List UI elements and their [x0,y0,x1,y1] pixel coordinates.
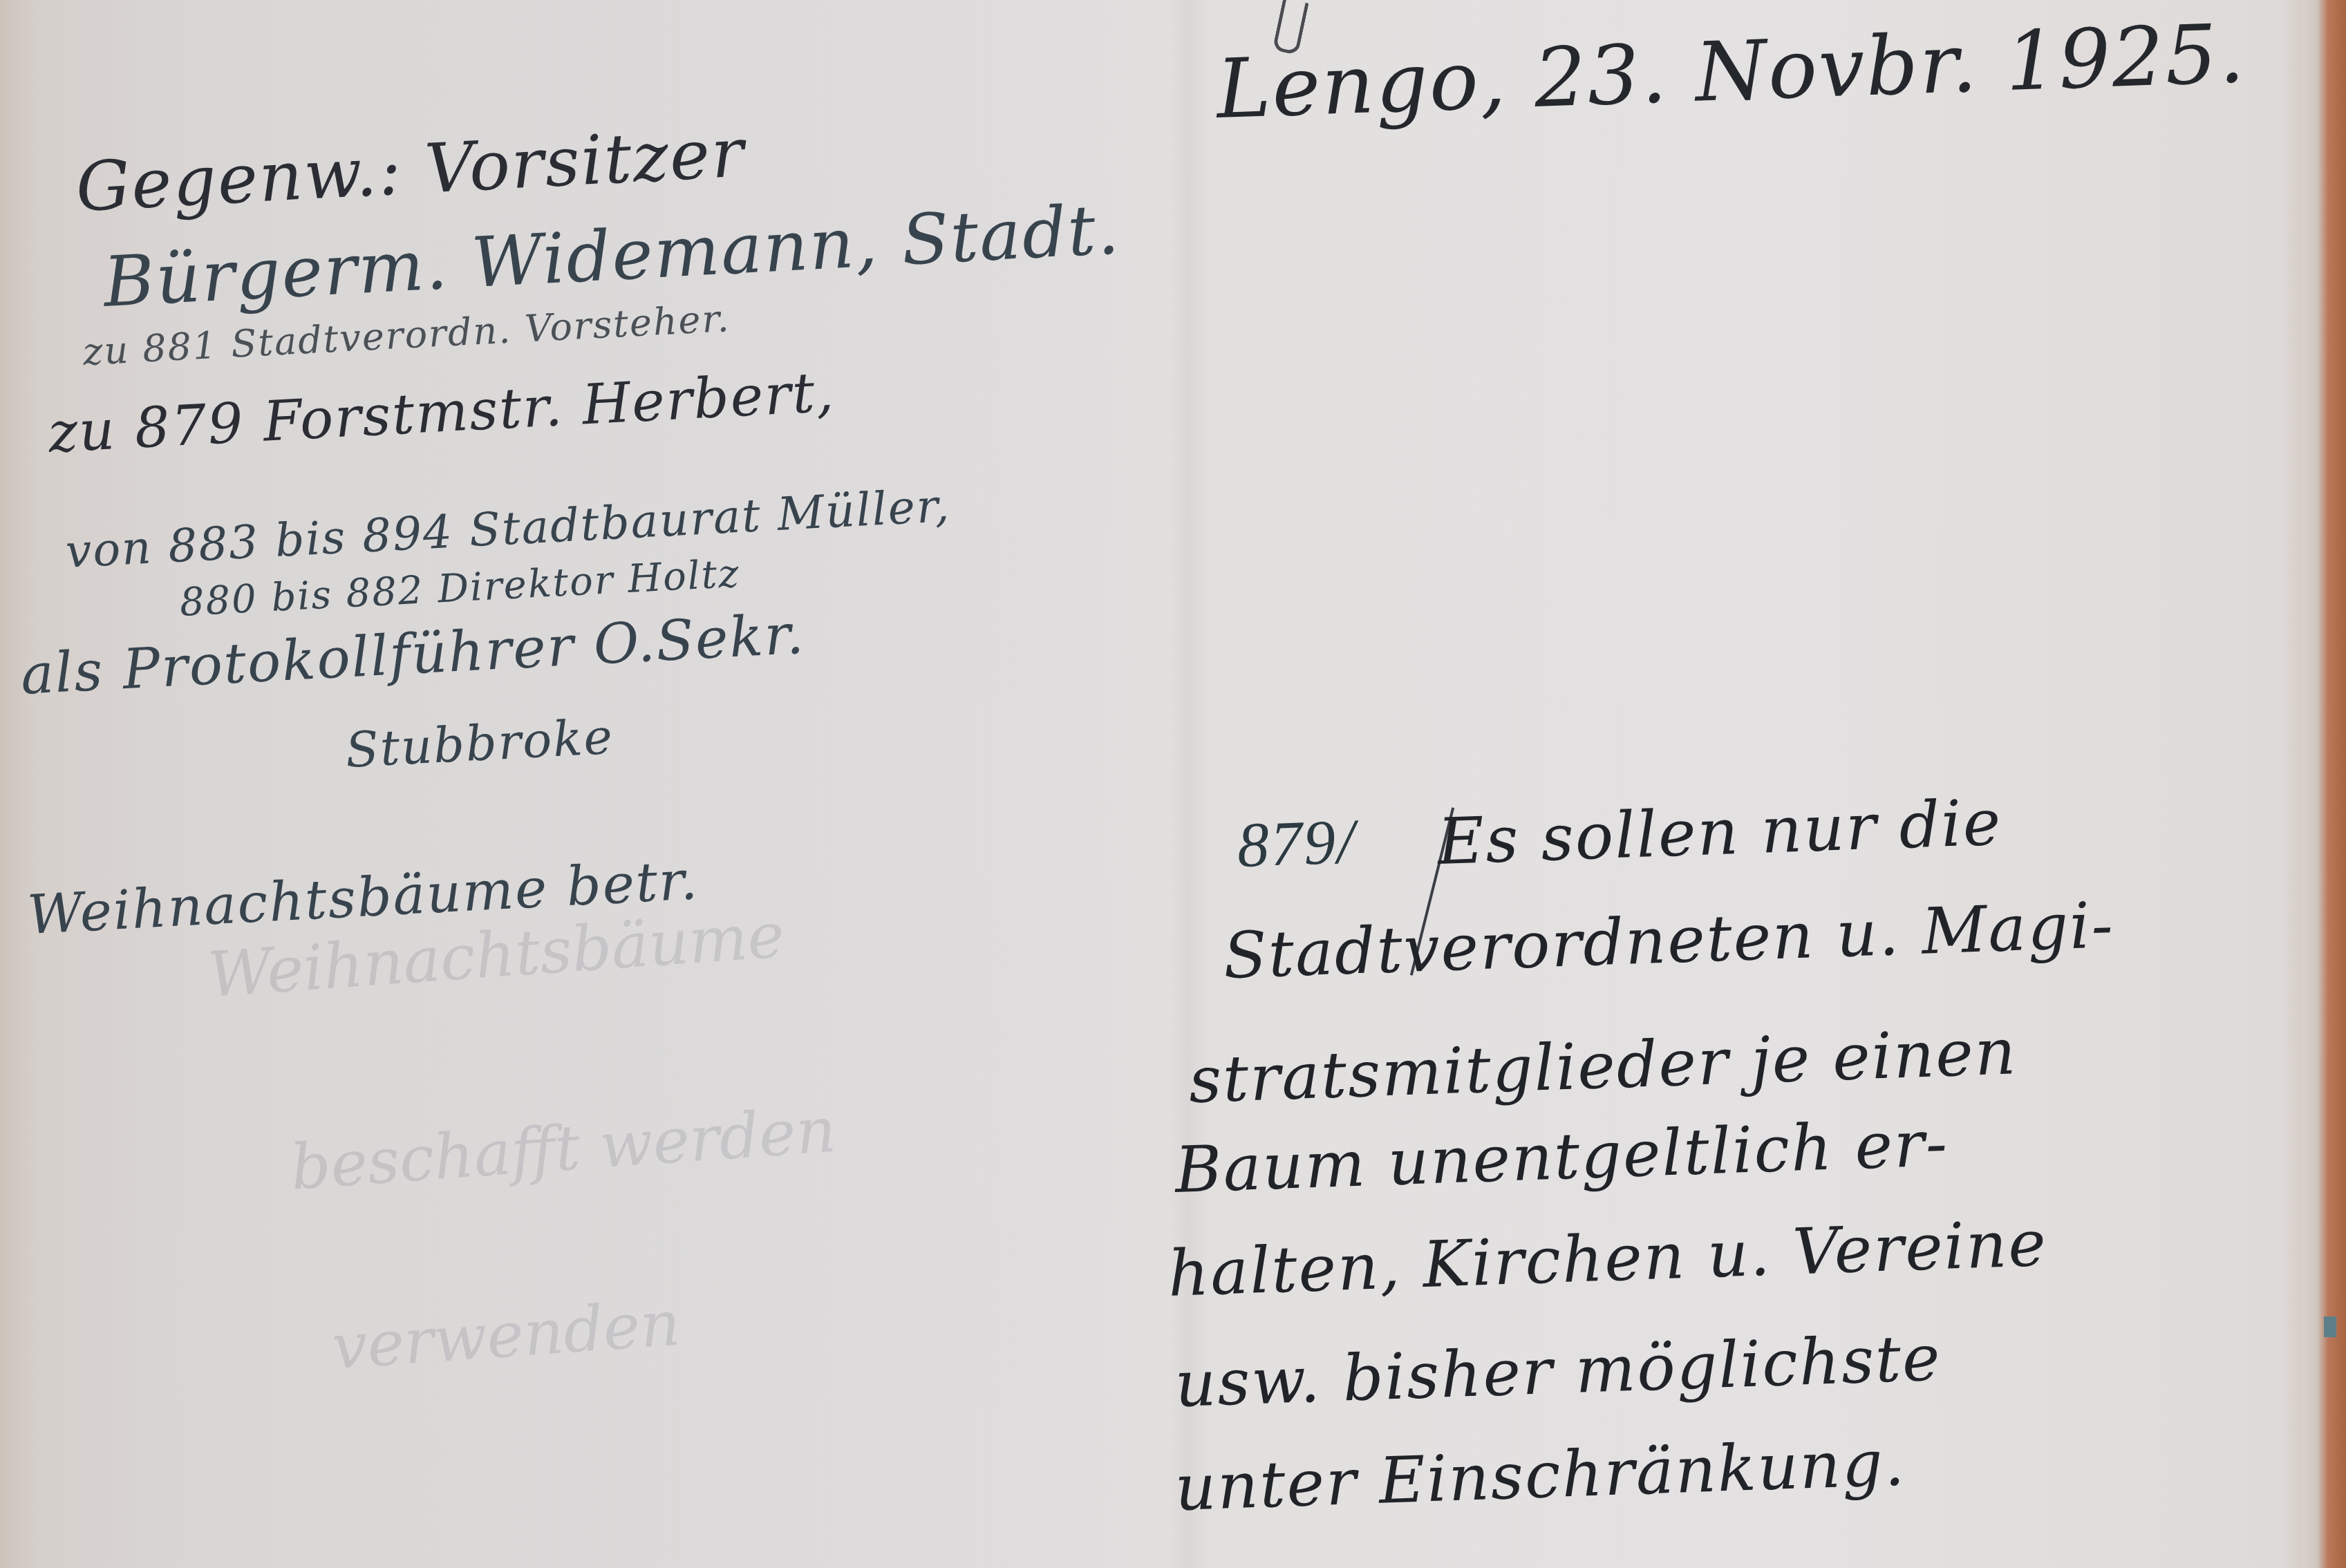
document-page: Weihnachtsbäume beschafft werden verwend… [0,0,2346,1568]
attendance-line: Stubbroke [344,708,615,779]
entry-text-line: unter Einschränkung. [1174,1426,1907,1525]
entry-text-line: Baum unentgeltlich er- [1174,1106,1950,1207]
entry-text-line: halten, Kirchen u. Vereine [1167,1207,2048,1311]
page-tab-marker [2324,1316,2336,1337]
bleed-through-text: verwenden [330,1287,682,1384]
entry-number: 879/ [1236,804,1357,882]
attendance-line: zu 879 Forstmstr. Herbert, [47,359,836,464]
attendance-line: Gegenw.: Vorsitzer [74,113,747,227]
entry-text-line: Es sollen nur die [1436,786,2003,879]
entry-text-line: Stadtverordneten u. Magi- [1222,888,2115,993]
bleed-through-text: beschafft werden [288,1094,838,1205]
page-gutter [1168,0,1210,1568]
entry-text-line: stratsmitglieder je einen [1188,1014,2018,1117]
attendance-line: als Protokollführer O.Sekr. [19,602,807,707]
entry-text-line: usw. bisher möglichste [1174,1321,1942,1421]
place-and-date: Lengo, 23. Novbr. 1925. [1215,6,2248,137]
